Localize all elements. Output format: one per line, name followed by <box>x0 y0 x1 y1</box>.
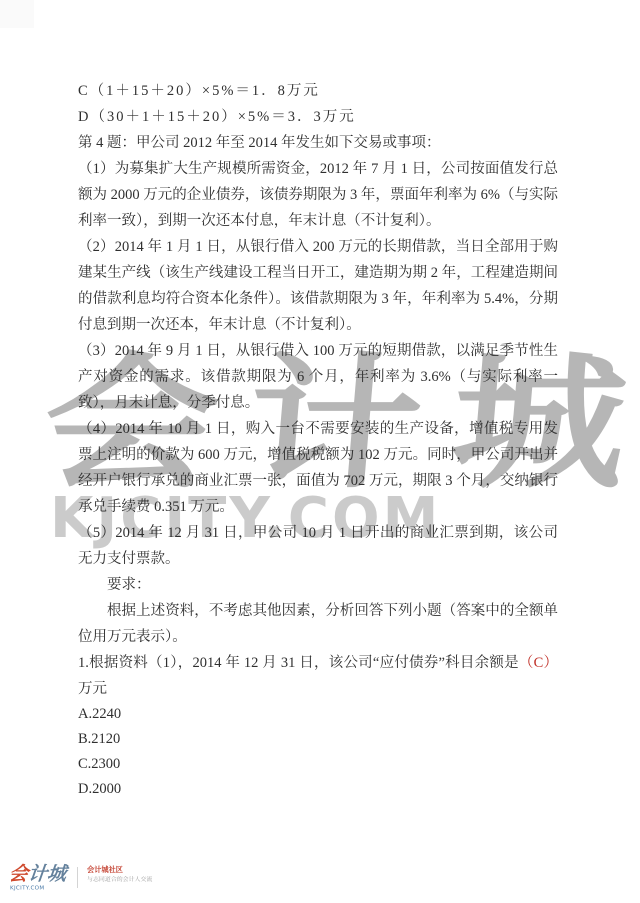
scan-artifact-square <box>0 0 34 28</box>
answer-option-c: C.2300 <box>78 752 558 777</box>
material-item-4: （4）2014 年 10 月 1 日，购入一台不需要安装的生产设备，增值税专用发… <box>78 416 558 520</box>
footer-slogan-text: 与志同道合的会计人交流 <box>87 877 152 883</box>
sub-question-1-text: 1.根据资料（1），2014 年 12 月 31 日，该公司“应付债券”科目余额… <box>78 655 519 671</box>
kjcity-logo-chars-blue: 计城 <box>27 863 67 885</box>
kjcity-footer-logo: 会计城 KJCITY.COM 会计城社区 与志同道合的会计人交流 <box>10 865 186 895</box>
material-item-2: （2）2014 年 1 月 1 日，从银行借入 200 万元的长期借款，当日全部… <box>78 234 558 338</box>
sub-question-1-answer: （C） <box>519 655 558 671</box>
requirement-label: 要求： <box>78 572 558 598</box>
material-item-3: （3）2014 年 9 月 1 日，从银行借入 100 万元的短期借款，以满足季… <box>78 338 558 416</box>
kjcity-logo: 会计城 KJCITY.COM <box>10 865 67 895</box>
answer-option-b: B.2120 <box>78 727 558 752</box>
sub-question-1: 1.根据资料（1），2014 年 12 月 31 日，该公司“应付债券”科目余额… <box>78 650 558 702</box>
question-title: 第 4 题：甲公司 2012 年至 2014 年发生如下交易或事项： <box>78 130 558 156</box>
prev-answer-line-d: D（30＋1＋15＋20）×5%＝3．3万元 <box>78 104 558 130</box>
sub-question-1-unit: 万元 <box>78 681 107 697</box>
material-item-5: （5）2014 年 12 月 31 日，甲公司 10 月 1 日开出的商业汇票到… <box>78 520 558 572</box>
kjcity-logo-text: 会计城 <box>8 865 67 884</box>
kjcity-logo-char-red: 会 <box>8 863 29 885</box>
requirement-text: 根据上述资料，不考虑其他因素，分析回答下列小题（答案中的全额单位用万元表示）。 <box>78 598 558 650</box>
footer-tagline-block: 会计城社区 与志同道合的会计人交流 <box>87 865 186 886</box>
prev-answer-line-c: C（1＋15＋20）×5%＝1．8万元 <box>78 78 558 104</box>
kjcity-domain-text: KJCITY.COM <box>10 886 45 892</box>
footer-community-text: 会计城社区 <box>87 867 166 874</box>
footer-divider <box>77 867 78 888</box>
answer-option-a: A.2240 <box>78 702 558 727</box>
answer-option-d: D.2000 <box>78 777 558 802</box>
material-item-1: （1）为募集扩大生产规模所需资金，2012 年 7 月 1 日，公司按面值发行总… <box>78 156 558 234</box>
exam-document: C（1＋15＋20）×5%＝1．8万元 D（30＋1＋15＋20）×5%＝3．3… <box>78 78 558 802</box>
